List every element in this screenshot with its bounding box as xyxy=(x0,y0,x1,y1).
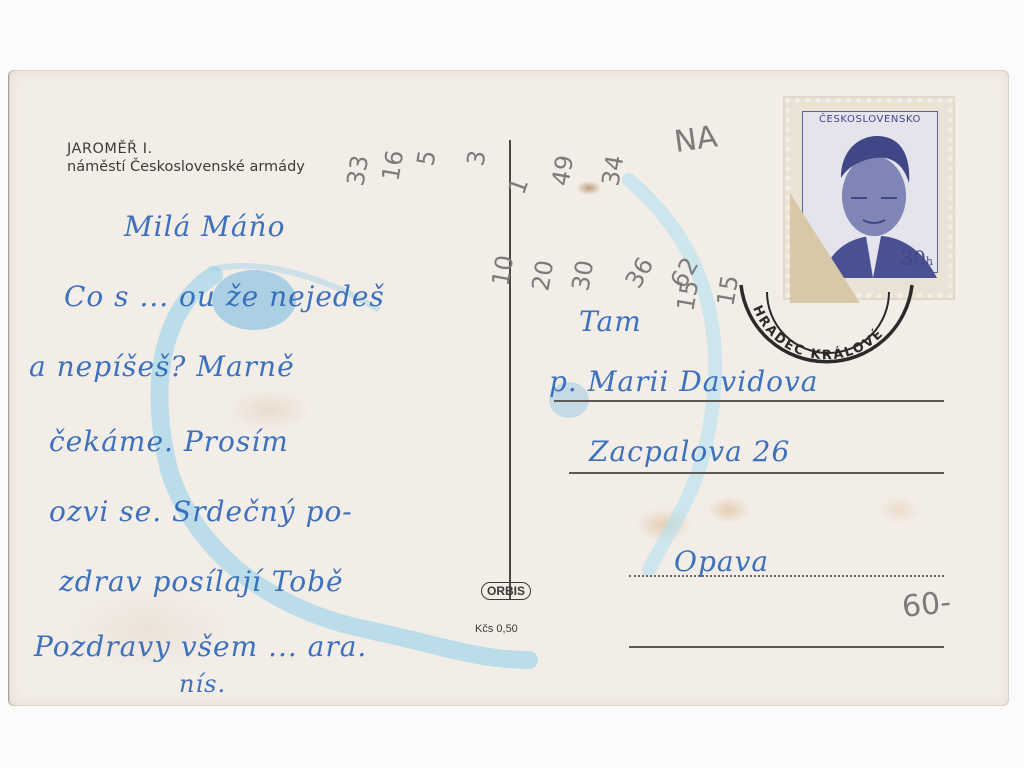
publisher-place: JAROMĚŘ I. xyxy=(67,140,153,158)
address-line-2 xyxy=(569,472,944,474)
pencil-note: NA xyxy=(672,119,719,160)
center-divider xyxy=(509,140,511,600)
pencil-note: 49 xyxy=(546,153,579,188)
pencil-note: 16 xyxy=(376,148,409,183)
message-line: zdrav posílají Tobě xyxy=(59,565,344,598)
message-line: a nepíšeš? Marně xyxy=(29,350,295,383)
message-line: nís. xyxy=(179,670,226,698)
pencil-note: 5 xyxy=(411,148,441,168)
postcard-back: JAROMĚŘ I. náměstí Československé armády… xyxy=(9,70,1009,706)
publisher-subtitle: náměstí Československé armády xyxy=(67,158,305,176)
message-line: ozvi se. Srdečný po- xyxy=(49,495,353,528)
pencil-note: 15 xyxy=(671,278,704,313)
pencil-price-note: 60- xyxy=(900,585,952,625)
pencil-note: 20 xyxy=(526,258,559,293)
address-line-text: Opava xyxy=(674,545,769,578)
publisher-logo: ORBIS xyxy=(481,582,531,600)
pencil-note: 34 xyxy=(596,153,629,188)
address-line-text: Zacpalova 26 xyxy=(589,435,790,468)
pencil-note: 1 xyxy=(503,174,535,198)
postage-stamp: ČESKOSLOVENSKO 30h xyxy=(785,98,953,298)
message-line: Co s ... ou že nejedeš xyxy=(64,280,385,313)
message-line: čekáme. Prosím xyxy=(49,425,289,458)
pencil-note: 3 xyxy=(461,148,491,168)
address-line-1 xyxy=(554,400,944,402)
stamp-value-number: 30 xyxy=(900,246,925,270)
address-line-text: Tam xyxy=(579,305,642,338)
pencil-note: 36 xyxy=(620,253,660,293)
postmark: HRADEC KRÁLOVÉ xyxy=(729,270,919,380)
pencil-note: 30 xyxy=(566,258,599,293)
stamp-value-unit: h xyxy=(926,255,933,268)
stamp-value: 30h xyxy=(900,246,933,270)
stamp-country: ČESKOSLOVENSKO xyxy=(803,114,937,125)
address-line-4 xyxy=(629,646,944,648)
message-line: Milá Máňo xyxy=(124,210,285,243)
message-line: Pozdravy všem ... ara. xyxy=(34,630,367,663)
pencil-note: 10 xyxy=(486,253,519,288)
pencil-note: 33 xyxy=(341,153,374,188)
price-label: Kčs 0,50 xyxy=(475,623,518,635)
